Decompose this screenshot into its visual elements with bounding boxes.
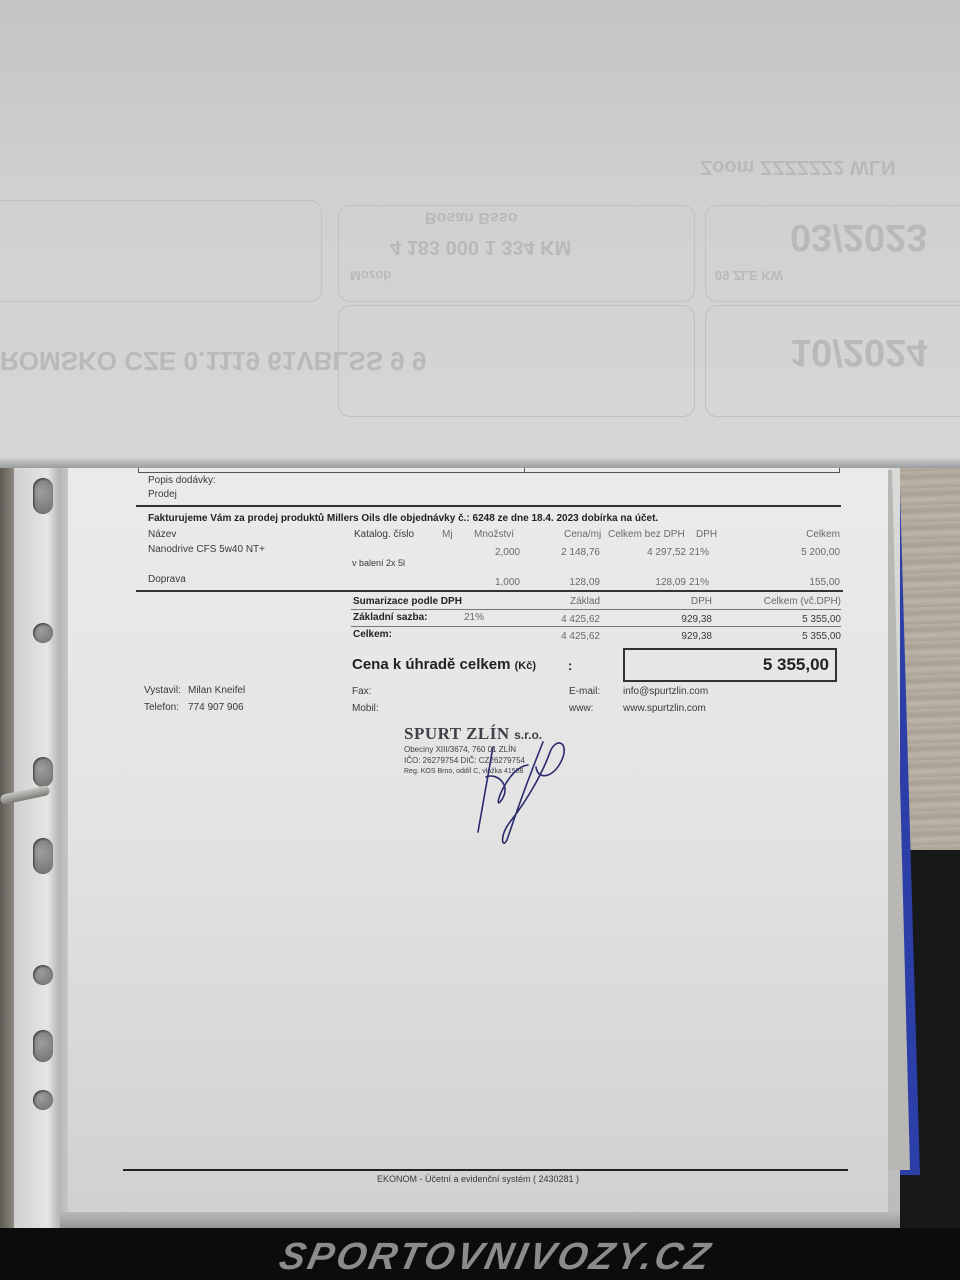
invoice-intro: Fakturujeme Vám za prodej produktů Mille… bbox=[148, 513, 658, 524]
item-total-no-vat: 128,09 bbox=[628, 577, 686, 588]
col-unit-price: Cena/mj bbox=[564, 529, 601, 540]
delivery-description-value: Prodej bbox=[148, 489, 177, 500]
intro-text: Fakturujeme Vám za prodej produktů Mille… bbox=[148, 513, 658, 524]
col-unit: Mj bbox=[442, 529, 453, 540]
punch-hole bbox=[33, 623, 53, 643]
amount-due-box: 5 355,00 bbox=[623, 648, 837, 682]
col-total: Celkem bbox=[768, 529, 840, 540]
item-catalog-note: v balení 2x 5l bbox=[352, 558, 405, 568]
punch-hole bbox=[33, 1090, 53, 1110]
email-value[interactable]: info@spurtzlin.com bbox=[623, 686, 708, 697]
vat-total-base: 4 425,62 bbox=[528, 631, 600, 642]
phone-value: 774 907 906 bbox=[188, 702, 244, 713]
signature bbox=[438, 727, 578, 852]
item-total-no-vat: 4 297,52 bbox=[628, 547, 686, 558]
punch-hole bbox=[33, 757, 53, 787]
ghost-text: 03/2023 bbox=[790, 215, 927, 258]
item-quantity: 1,000 bbox=[468, 577, 520, 588]
punch-hole bbox=[33, 478, 53, 514]
item-name: Doprava bbox=[148, 574, 186, 585]
ghost-box bbox=[0, 200, 322, 302]
email-label: E-mail: bbox=[569, 686, 600, 697]
vat-total-label: Celkem: bbox=[353, 629, 392, 640]
vat-row-base: 4 425,62 bbox=[528, 614, 600, 625]
ghost-text: Bosan Bsso bbox=[425, 208, 517, 226]
invoice-page: Popis dodávky: Prodej Fakturujeme Vám za… bbox=[68, 462, 888, 1227]
footer-divider bbox=[123, 1169, 848, 1171]
binder-spine bbox=[0, 455, 14, 1235]
vat-summary-total-header: Celkem (vč.DPH) bbox=[728, 596, 841, 607]
amount-due-label: Cena k úhradě celkem (Kč) bbox=[352, 656, 536, 673]
fax-label: Fax: bbox=[352, 686, 371, 697]
vat-row-label: Základní sazba: bbox=[353, 612, 427, 623]
amount-due-value: 5 355,00 bbox=[763, 655, 829, 675]
ghost-text: 10/2024 bbox=[790, 330, 927, 373]
www-label: www: bbox=[569, 703, 593, 714]
footer-text: EKONOM - Účetní a evidenční systém ( 243… bbox=[68, 1174, 888, 1184]
ghost-text: Zoom ZZZZZZ2 WLN bbox=[700, 155, 896, 178]
item-unit-price: 128,09 bbox=[538, 577, 600, 588]
vat-summary-title: Sumarizace podle DPH bbox=[353, 596, 462, 607]
vat-summary-vat-header: DPH bbox=[648, 596, 712, 607]
col-quantity: Množství bbox=[474, 529, 514, 540]
vat-summary-base-header: Základ bbox=[528, 596, 600, 607]
punch-hole bbox=[33, 965, 53, 985]
issued-by-label: Vystavil: bbox=[144, 685, 181, 696]
item-total: 155,00 bbox=[768, 577, 840, 588]
vat-total-vat: 929,38 bbox=[648, 631, 712, 642]
divider bbox=[351, 626, 841, 627]
divider bbox=[136, 590, 843, 592]
ghost-text: ROMSKO CZE 0.1119 61VBLSS 9 9 bbox=[0, 345, 426, 376]
col-name: Název bbox=[148, 529, 176, 540]
item-vat: 21% bbox=[689, 547, 709, 558]
item-unit-price: 2 148,76 bbox=[538, 547, 600, 558]
phone-label: Telefon: bbox=[144, 702, 179, 713]
vat-row-vat: 929,38 bbox=[648, 614, 712, 625]
amount-due-colon: : bbox=[568, 658, 572, 673]
col-catalog: Katalog. číslo bbox=[354, 529, 414, 540]
punch-hole bbox=[33, 838, 53, 874]
item-name: Nanodrive CFS 5w40 NT+ bbox=[148, 544, 265, 555]
amount-due-currency: (Kč) bbox=[515, 660, 536, 672]
item-vat: 21% bbox=[689, 577, 709, 588]
watermark: SPORTOVNIVOZY.CZ bbox=[275, 1236, 960, 1279]
item-total: 5 200,00 bbox=[768, 547, 840, 558]
punch-hole bbox=[33, 1030, 53, 1062]
col-total-no-vat: Celkem bez DPH bbox=[608, 529, 685, 540]
divider bbox=[351, 609, 841, 610]
amount-due-label-text: Cena k úhradě celkem bbox=[352, 656, 510, 673]
www-value[interactable]: www.spurtzlin.com bbox=[623, 703, 706, 714]
issued-by-value: Milan Kneifel bbox=[188, 685, 245, 696]
item-quantity: 2,000 bbox=[468, 547, 520, 558]
mobile-label: Mobil: bbox=[352, 703, 379, 714]
vat-row-total: 5 355,00 bbox=[728, 614, 841, 625]
ghost-text: 4 183 000 1 334 KM bbox=[390, 235, 571, 258]
vat-total-total: 5 355,00 bbox=[728, 631, 841, 642]
overlay-sheet: Zoom ZZZZZZ2 WLN 03/2023 10/2024 Bosan B… bbox=[0, 0, 960, 468]
ghost-text: 09 ZLE KW bbox=[715, 268, 783, 283]
divider bbox=[136, 505, 841, 507]
vat-row-rate: 21% bbox=[464, 612, 484, 623]
overlay-sheet-edge bbox=[0, 458, 960, 468]
ghost-text: Mozob bbox=[350, 268, 391, 283]
delivery-description-label: Popis dodávky: bbox=[148, 475, 216, 486]
col-vat: DPH bbox=[696, 529, 717, 540]
